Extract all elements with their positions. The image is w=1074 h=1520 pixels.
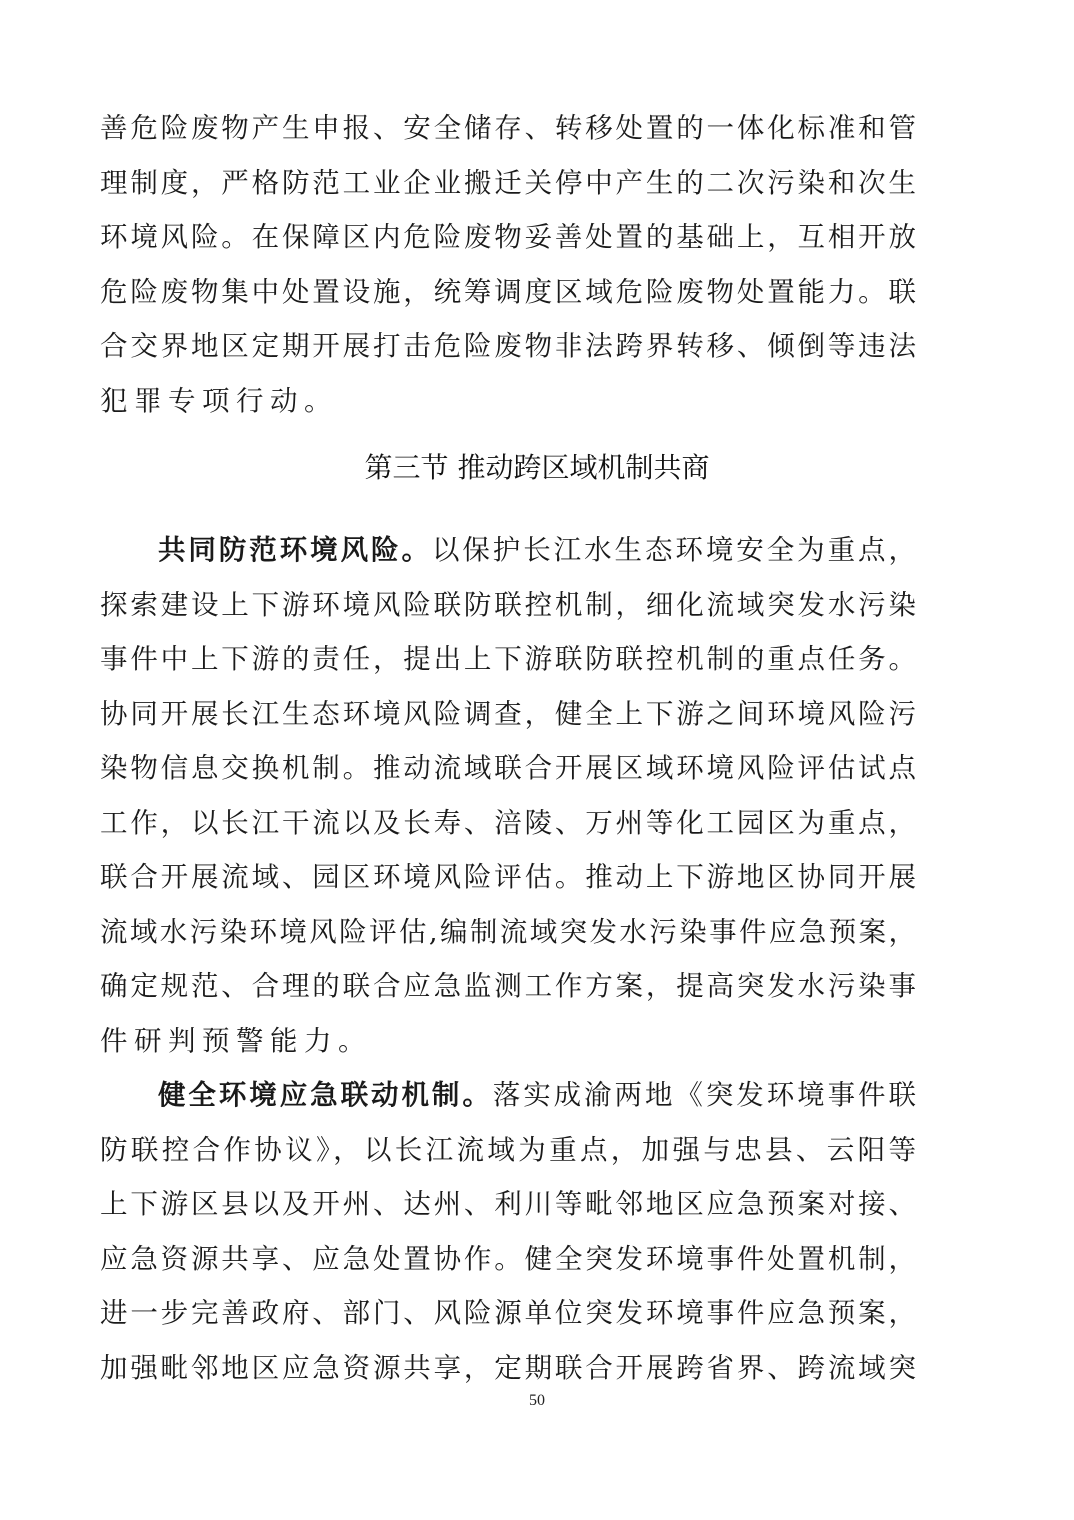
text-line: 染物信息交换机制。推动流域联合开展区域环境风险评估试点: [100, 748, 916, 788]
paragraph-lead-heading: 共同防范环境风险。: [158, 534, 432, 566]
text-line: 理制度，严格防范工业企业搬迁关停中产生的二次污染和次生: [100, 163, 916, 203]
paragraph-lead-rest: 落实成渝两地《突发环境事件联: [493, 1079, 916, 1111]
text-line: 危险废物集中处置设施，统筹调度区域危险废物处置能力。联: [100, 272, 916, 312]
text-line: 健全环境应急联动机制。落实成渝两地《突发环境事件联: [158, 1075, 916, 1115]
text-line: 防联控合作协议》，以长江流域为重点，加强与忠县、云阳等: [100, 1130, 916, 1170]
text-line: 协同开展长江生态环境风险调查，健全上下游之间环境风险污: [100, 694, 916, 734]
text-line: 联合开展流域、园区环境风险评估。推动上下游地区协同开展: [100, 857, 916, 897]
text-line: 流域水污染环境风险评估,编制流域突发水污染事件应急预案，: [100, 912, 916, 952]
section-title: 第三节 推动跨区域机制共商: [0, 446, 1074, 490]
text-line: 进一步完善政府、部门、风险源单位突发环境事件应急预案，: [100, 1293, 916, 1333]
text-line: 事件中上下游的责任，提出上下游联防联控机制的重点任务。: [100, 639, 916, 679]
text-line: 探索建设上下游环境风险联防联控机制，细化流域突发水污染: [100, 585, 916, 625]
text-line: 共同防范环境风险。以保护长江水生态环境安全为重点，: [158, 530, 916, 570]
document-page: 善危险废物产生申报、安全储存、转移处置的一体化标准和管 理制度，严格防范工业企业…: [0, 0, 1074, 1520]
text-line: 确定规范、合理的联合应急监测工作方案，提高突发水污染事: [100, 966, 916, 1006]
text-line: 加强毗邻地区应急资源共享，定期联合开展跨省界、跨流域突: [100, 1348, 916, 1388]
page-number: 50: [0, 1392, 1074, 1410]
text-line: 上下游区县以及开州、达州、利川等毗邻地区应急预案对接、: [100, 1184, 916, 1224]
text-line: 犯罪专项行动。: [100, 381, 916, 421]
text-line: 应急资源共享、应急处置协作。健全突发环境事件处置机制，: [100, 1239, 916, 1279]
text-line: 环境风险。在保障区内危险废物妥善处置的基础上，互相开放: [100, 217, 916, 257]
paragraph-lead-rest: 以保护长江水生态环境安全为重点，: [432, 534, 916, 566]
text-line: 合交界地区定期开展打击危险废物非法跨界转移、倾倒等违法: [100, 326, 916, 366]
text-line: 件研判预警能力。: [100, 1021, 916, 1061]
text-line: 善危险废物产生申报、安全储存、转移处置的一体化标准和管: [100, 108, 916, 148]
text-line: 工作，以长江干流以及长寿、涪陵、万州等化工园区为重点，: [100, 803, 916, 843]
paragraph-lead-heading: 健全环境应急联动机制。: [158, 1079, 493, 1111]
